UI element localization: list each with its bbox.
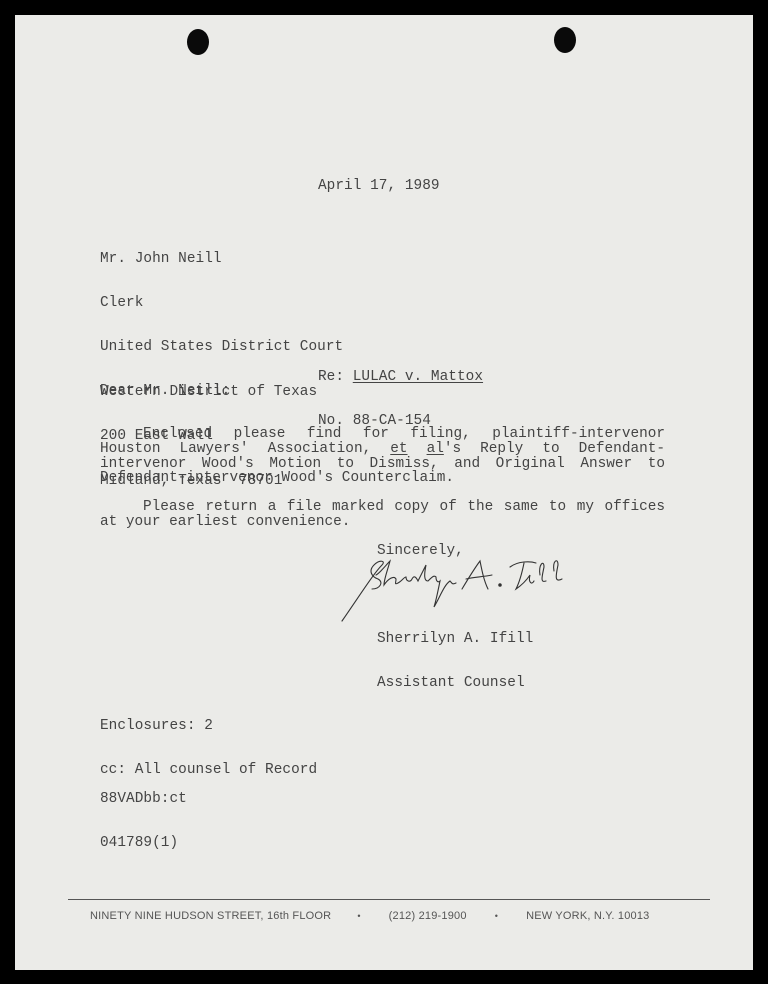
recipient-line: United States District Court (100, 340, 343, 355)
footer-divider (68, 899, 710, 900)
punch-hole-left (187, 29, 209, 55)
reference-line: 88VADbb:ct (100, 792, 187, 807)
footer-phone: (212) 219-1900 (389, 910, 467, 922)
et-underlined: et (390, 441, 407, 457)
punch-hole-right (554, 27, 576, 53)
recipient-line: Mr. John Neill (100, 252, 343, 267)
reference-block: 88VADbb:ct 041789(1) (100, 762, 187, 866)
enclosures-line: Enclosures: 2 (100, 719, 317, 734)
body-paragraph-1: Enclosed please find for filing, plainti… (100, 427, 665, 486)
case-name: LULAC v. Mattox (353, 369, 483, 385)
signature-block: Sherrilyn A. Ifill Assistant Counsel (377, 602, 533, 706)
al-underlined: al (427, 441, 444, 457)
re-label: Re: (318, 369, 353, 385)
signatory-name: Sherrilyn A. Ifill (377, 632, 533, 647)
body-paragraph-2: Please return a file marked copy of the … (100, 500, 665, 530)
footer-city: NEW YORK, N.Y. 10013 (526, 910, 649, 922)
reference-line: 041789(1) (100, 836, 187, 851)
signatory-title: Assistant Counsel (377, 676, 533, 691)
letter-date: April 17, 1989 (318, 179, 440, 194)
salutation: Dear Mr. Neill: (100, 384, 230, 399)
footer-bullet-icon: • (357, 911, 360, 921)
footer-address: NINETY NINE HUDSON STREET, 16th FLOOR (90, 910, 331, 922)
letterhead-footer: NINETY NINE HUDSON STREET, 16th FLOOR • … (90, 910, 690, 922)
footer-bullet-icon: • (495, 911, 498, 921)
recipient-line: Clerk (100, 296, 343, 311)
